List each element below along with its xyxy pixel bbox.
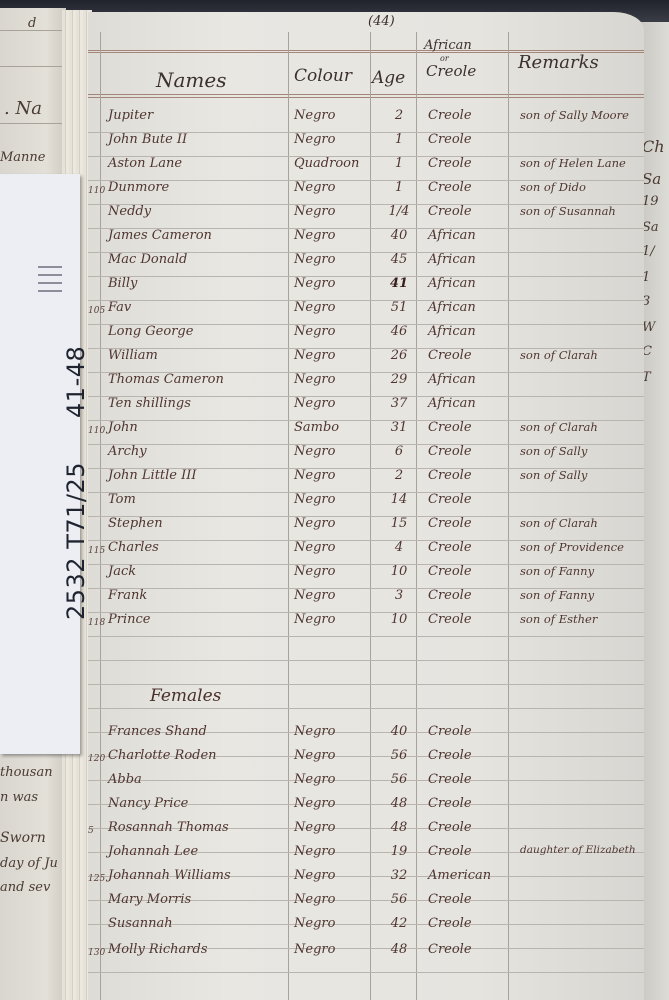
entry-age: 2	[384, 468, 414, 483]
entry-origin: Creole	[428, 612, 472, 627]
entry-origin: Creole	[428, 180, 472, 195]
entry-origin: African	[428, 300, 476, 315]
table-row: Aston Lane Quadroon 1 Creole son of Hele…	[88, 156, 644, 180]
entry-remarks: son of Providence	[520, 540, 624, 554]
table-row: Stephen Negro 15 Creole son of Clarah	[88, 516, 644, 540]
archive-reference: 2532 T71/25	[62, 462, 90, 620]
table-row: John Little III Negro 2 Creole son of Sa…	[88, 468, 644, 492]
table-row: Jack Negro 10 Creole son of Fanny	[88, 564, 644, 588]
entry-colour: Negro	[294, 820, 335, 835]
entry-colour: Negro	[294, 892, 335, 907]
ledger-page: (44) Names Colour Age African or Creole …	[88, 12, 644, 1000]
entry-name: Fav	[108, 300, 131, 315]
entry-colour: Negro	[294, 724, 335, 739]
entry-origin: Creole	[428, 724, 472, 739]
entry-name: Aston Lane	[108, 156, 182, 171]
entry-origin: Creole	[428, 796, 472, 811]
entry-age: 40	[384, 724, 414, 739]
entry-remarks: son of Fanny	[520, 588, 594, 602]
left-fragment: d	[28, 16, 36, 31]
entry-remarks: son of Esther	[520, 612, 597, 626]
entry-colour: Negro	[294, 372, 335, 387]
entry-origin: Creole	[428, 564, 472, 579]
entry-origin: Creole	[428, 772, 472, 787]
entry-age: 42	[384, 916, 414, 931]
entry-name: Nancy Price	[108, 796, 188, 811]
header-top-rule	[88, 50, 644, 51]
table-row: 110 John Sambo 31 Creole son of Clarah	[88, 420, 644, 444]
entry-colour: Negro	[294, 252, 335, 267]
table-row: Long George Negro 46 African	[88, 324, 644, 348]
entry-age: 10	[384, 612, 414, 627]
entry-age: 1/4	[384, 204, 414, 219]
entry-colour: Negro	[294, 180, 335, 195]
entry-name: Frank	[108, 588, 147, 603]
entry-origin: Creole	[428, 942, 472, 957]
entry-age: 56	[384, 772, 414, 787]
entry-origin: Creole	[428, 892, 472, 907]
entry-name: John Little III	[108, 468, 197, 483]
header-bottom-rule	[88, 97, 644, 98]
entry-age: 6	[384, 444, 414, 459]
left-fragment: thousan	[0, 765, 53, 780]
table-row: 5 Rosannah Thomas Negro 48 Creole	[88, 820, 644, 844]
entry-name: Molly Richards	[108, 942, 208, 957]
next-page-fragment: Ch Sa 19 Sa 1/ 1 3 W C T	[640, 22, 669, 1000]
table-row: 118 Prince Negro 10 Creole son of Esther	[88, 612, 644, 636]
entry-colour: Negro	[294, 204, 335, 219]
entry-name: Susannah	[108, 916, 173, 931]
entry-name: Tom	[108, 492, 136, 507]
entry-colour: Negro	[294, 396, 335, 411]
entry-origin: Creole	[428, 916, 472, 931]
table-row: Ten shillings Negro 37 African	[88, 396, 644, 420]
entry-age: 40	[384, 228, 414, 243]
entry-origin: Creole	[428, 588, 472, 603]
entry-age: 51	[384, 300, 414, 315]
entry-age: 48	[384, 820, 414, 835]
table-row: Thomas Cameron Negro 29 African	[88, 372, 644, 396]
header-origin-african: African	[424, 38, 472, 53]
entry-age: 4	[384, 540, 414, 555]
entry-origin: Creole	[428, 748, 472, 763]
right-fragment: 19	[642, 194, 659, 209]
entry-age: 56	[384, 892, 414, 907]
table-row: 130 Molly Richards Negro 48 Creole	[88, 942, 644, 966]
entry-name: Archy	[108, 444, 147, 459]
entry-name: William	[108, 348, 158, 363]
entry-name: Thomas Cameron	[108, 372, 224, 387]
entry-name: Neddy	[108, 204, 151, 219]
entry-remarks: son of Sally Moore	[520, 108, 629, 122]
entry-remarks: son of Fanny	[520, 564, 594, 578]
entry-age: 3	[384, 588, 414, 603]
entry-age: 14	[384, 492, 414, 507]
entry-name: Ten shillings	[108, 396, 191, 411]
entry-colour: Negro	[294, 564, 335, 579]
table-row: Susannah Negro 42 Creole	[88, 916, 644, 940]
entry-origin: Creole	[428, 420, 472, 435]
entry-age: 15	[384, 516, 414, 531]
entry-name: Abba	[108, 772, 142, 787]
entry-name: Rosannah Thomas	[108, 820, 229, 835]
table-row: 115 Charles Negro 4 Creole son of Provid…	[88, 540, 644, 564]
entry-age: 29	[384, 372, 414, 387]
entry-origin: Creole	[428, 492, 472, 507]
entry-name: John Bute II	[108, 132, 187, 147]
entry-colour: Negro	[294, 916, 335, 931]
entry-colour: Negro	[294, 132, 335, 147]
entry-name: Jupiter	[108, 108, 153, 123]
entry-age: 1	[384, 180, 414, 195]
entry-colour: Negro	[294, 468, 335, 483]
entry-origin: Creole	[428, 156, 472, 171]
table-row: Billy Negro 41 African	[88, 276, 644, 300]
entry-name: Johannah Lee	[108, 844, 198, 859]
entry-origin: Creole	[428, 468, 472, 483]
entry-origin: Creole	[428, 844, 472, 859]
entry-origin: American	[428, 868, 491, 883]
entry-remarks: son of Sally	[520, 468, 587, 482]
entry-origin: Creole	[428, 444, 472, 459]
table-row: Jupiter Negro 2 Creole son of Sally Moor…	[88, 108, 644, 132]
table-row: Mary Morris Negro 56 Creole	[88, 892, 644, 916]
entry-colour: Negro	[294, 772, 335, 787]
right-fragment: Sa	[642, 220, 659, 235]
entry-origin: African	[428, 396, 476, 411]
table-row: Nancy Price Negro 48 Creole	[88, 796, 644, 820]
header-remarks: Remarks	[518, 52, 599, 73]
entry-colour: Negro	[294, 748, 335, 763]
table-row: Abba Negro 56 Creole	[88, 772, 644, 796]
entry-age: 10	[384, 564, 414, 579]
entry-colour: Negro	[294, 108, 335, 123]
entry-remarks: son of Clarah	[520, 516, 598, 530]
entry-colour: Negro	[294, 324, 335, 339]
entry-colour: Negro	[294, 540, 335, 555]
table-row: 110 Dunmore Negro 1 Creole son of Dido	[88, 180, 644, 204]
entry-colour: Negro	[294, 300, 335, 315]
entry-name: John	[108, 420, 138, 435]
right-fragment: W	[642, 320, 655, 335]
entry-origin: African	[428, 372, 476, 387]
entry-origin: Creole	[428, 204, 472, 219]
entry-name: Dunmore	[108, 180, 169, 195]
entry-age: 31	[384, 420, 414, 435]
table-row: Neddy Negro 1/4 Creole son of Susannah	[88, 204, 644, 228]
entry-colour: Negro	[294, 796, 335, 811]
archive-range: 41-48	[62, 346, 90, 418]
entry-colour: Negro	[294, 588, 335, 603]
entry-age: 48	[384, 796, 414, 811]
entry-origin: Creole	[428, 540, 472, 555]
archive-reference-label: 2532 T71/2541-48	[62, 346, 90, 620]
entry-age: 1	[384, 156, 414, 171]
table-row: Mac Donald Negro 45 African	[88, 252, 644, 276]
entry-colour: Negro	[294, 348, 335, 363]
entry-age: 32	[384, 868, 414, 883]
left-fragment: . Na	[4, 98, 42, 119]
entry-origin: African	[428, 252, 476, 267]
entry-origin: African	[428, 324, 476, 339]
entry-age: 26	[384, 348, 414, 363]
entry-name: Charles	[108, 540, 159, 555]
entry-age: 48	[384, 942, 414, 957]
entry-name: Frances Shand	[108, 724, 207, 739]
table-row: 125 Johannah Williams Negro 32 American	[88, 868, 644, 892]
entry-age: 56	[384, 748, 414, 763]
header-colour: Colour	[294, 66, 352, 86]
entry-remarks: son of Sally	[520, 444, 587, 458]
entry-name: Mac Donald	[108, 252, 187, 267]
table-row: Archy Negro 6 Creole son of Sally	[88, 444, 644, 468]
table-row: James Cameron Negro 40 African	[88, 228, 644, 252]
entry-remarks: son of Clarah	[520, 420, 598, 434]
entry-colour: Negro	[294, 492, 335, 507]
entry-origin: Creole	[428, 820, 472, 835]
entry-origin: Creole	[428, 348, 472, 363]
table-row: William Negro 26 Creole son of Clarah	[88, 348, 644, 372]
table-row: John Bute II Negro 1 Creole	[88, 132, 644, 156]
entry-origin: African	[428, 276, 476, 291]
table-row: Johannah Lee Negro 19 Creole daughter of…	[88, 844, 644, 868]
entry-colour: Negro	[294, 844, 335, 859]
header-names: Names	[156, 68, 227, 92]
entry-remarks: son of Helen Lane	[520, 156, 626, 170]
entry-age: 45	[384, 252, 414, 267]
entry-name: Mary Morris	[108, 892, 191, 907]
entry-age: 41	[384, 276, 414, 291]
section-title-females: Females	[150, 686, 221, 706]
entry-colour: Negro	[294, 942, 335, 957]
entry-name: Jack	[108, 564, 136, 579]
entry-name: Long George	[108, 324, 193, 339]
entry-origin: Creole	[428, 108, 472, 123]
entry-age: 19	[384, 844, 414, 859]
entry-colour: Negro	[294, 276, 335, 291]
table-row: Frank Negro 3 Creole son of Fanny	[88, 588, 644, 612]
entry-colour: Negro	[294, 612, 335, 627]
entry-age: 46	[384, 324, 414, 339]
left-fragment: n was	[0, 790, 38, 805]
table-row: Frances Shand Negro 40 Creole	[88, 724, 644, 748]
entry-colour: Quadroon	[294, 156, 359, 171]
table-row: 105 Fav Negro 51 African	[88, 300, 644, 324]
entry-colour: Negro	[294, 516, 335, 531]
header-age: Age	[372, 68, 405, 88]
barcode-marks	[38, 266, 62, 300]
right-fragment: Ch	[642, 137, 665, 156]
entry-origin: Creole	[428, 132, 472, 147]
left-fragment: and sev	[0, 880, 50, 895]
entry-remarks: son of Dido	[520, 180, 586, 194]
table-row: 120 Charlotte Roden Negro 56 Creole	[88, 748, 644, 772]
entry-name: Charlotte Roden	[108, 748, 217, 763]
header-bottom-rule	[88, 94, 644, 95]
table-row: Tom Negro 14 Creole	[88, 492, 644, 516]
left-fragment: Sworn	[0, 830, 46, 846]
entry-age: 37	[384, 396, 414, 411]
entry-remarks: daughter of Elizabeth	[520, 844, 636, 856]
entry-origin: African	[428, 228, 476, 243]
entry-name: James Cameron	[108, 228, 212, 243]
entry-colour: Sambo	[294, 420, 339, 435]
entry-name: Prince	[108, 612, 150, 627]
entry-colour: Negro	[294, 868, 335, 883]
left-fragment: day of Ju	[0, 856, 58, 871]
entry-age: 2	[384, 108, 414, 123]
header-origin-creole: Creole	[426, 62, 476, 80]
entry-name: Johannah Williams	[108, 868, 231, 883]
entry-origin: Creole	[428, 516, 472, 531]
entry-remarks: son of Susannah	[520, 204, 616, 218]
page-number: (44)	[368, 14, 395, 29]
entry-remarks: son of Clarah	[520, 348, 598, 362]
left-fragment: Manne	[0, 150, 46, 165]
entry-colour: Negro	[294, 228, 335, 243]
entry-colour: Negro	[294, 444, 335, 459]
entry-name: Stephen	[108, 516, 163, 531]
entry-name: Billy	[108, 276, 137, 291]
right-fragment: Sa	[642, 170, 661, 188]
entry-age: 1	[384, 132, 414, 147]
